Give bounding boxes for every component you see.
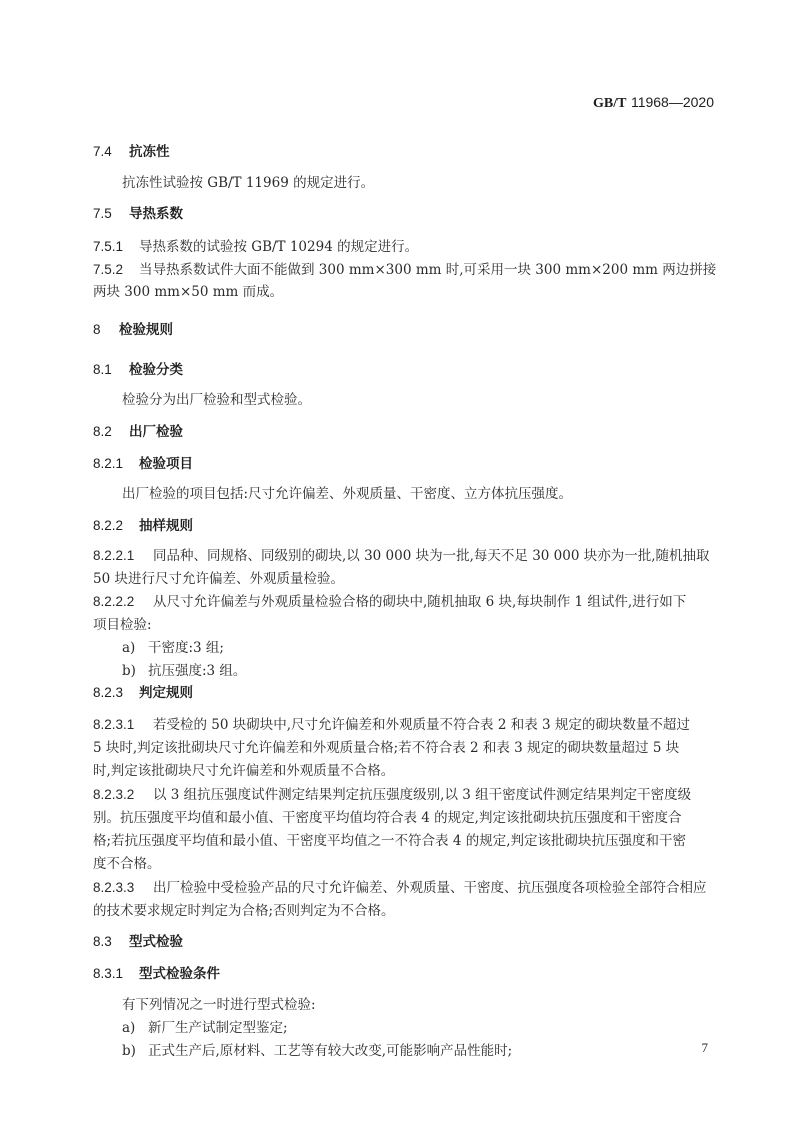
clause-8-2-3-1: 8.2.3.1若受检的 50 块砌块中,尺寸允许偏差和外观质量不符合表 2 和表… <box>93 716 690 734</box>
standard-prefix: GB/T <box>593 96 626 111</box>
page-number: 7 <box>702 1040 709 1056</box>
clause-continuation: 度不合格。 <box>93 855 161 873</box>
heading-8-2-2: 8.2.2抽样规则 <box>93 517 193 535</box>
clause-continuation: 别。抗压强度平均值和最小值、干密度平均值均符合表 4 的规定,判定该批砌块抗压强… <box>93 809 681 827</box>
list-item: a)干密度:3 组; <box>122 639 224 657</box>
heading-7-5: 7.5导热系数 <box>93 205 183 223</box>
list-item: a)新厂生产试制定型鉴定; <box>122 1019 288 1037</box>
clause-8-2-3-2: 8.2.3.2以 3 组抗压强度试件测定结果判定抗压强度级别,以 3 组干密度试… <box>93 786 691 804</box>
clause-8-2-3-3: 8.2.3.3出厂检验中受检验产品的尺寸允许偏差、外观质量、干密度、抗压强度各项… <box>93 879 707 897</box>
clause-continuation: 两块 300 mm×50 mm 而成。 <box>93 283 283 301</box>
paragraph: 抗冻性试验按 GB/T 11969 的规定进行。 <box>122 174 374 192</box>
clause-8-2-2-1: 8.2.2.1同品种、同规格、同级别的砌块,以 30 000 块为一批,每天不足… <box>93 547 710 565</box>
clause-continuation: 5 块时,判定该批砌块尺寸允许偏差和外观质量合格;若不符合表 2 和表 3 规定… <box>93 739 679 757</box>
page-header: GB/T 11968—2020 <box>593 94 714 112</box>
clause-continuation: 项目检验: <box>93 616 152 634</box>
paragraph: 检验分为出厂检验和型式检验。 <box>122 391 311 409</box>
clause-8-2-2-2: 8.2.2.2从尺寸允许偏差与外观质量检验合格的砌块中,随机抽取 6 块,每块制… <box>93 593 686 611</box>
clause-continuation: 50 块进行尺寸允许偏差、外观质量检验。 <box>93 570 344 588</box>
heading-7-4: 7.4抗冻性 <box>93 143 170 161</box>
clause-continuation: 格;若抗压强度平均值和最小值、干密度平均值之一不符合表 4 的规定,判定该批砌块… <box>93 832 686 850</box>
heading-8-2-3: 8.2.3判定规则 <box>93 684 193 702</box>
paragraph: 出厂检验的项目包括:尺寸允许偏差、外观质量、干密度、立方体抗压强度。 <box>122 485 572 503</box>
list-item: b)抗压强度:3 组。 <box>122 662 246 680</box>
clause-continuation: 时,判定该批砌块尺寸允许偏差和外观质量不合格。 <box>93 762 394 780</box>
standard-number: 11968—2020 <box>631 94 714 110</box>
heading-8-1: 8.1检验分类 <box>93 361 183 379</box>
paragraph: 有下列情况之一时进行型式检验: <box>122 996 316 1014</box>
clause-continuation: 的技术要求规定时判定为合格;否则判定为不合格。 <box>93 902 395 920</box>
heading-8-2: 8.2出厂检验 <box>93 423 183 441</box>
heading-8-3-1: 8.3.1型式检验条件 <box>93 965 220 983</box>
heading-8: 8检验规则 <box>93 321 173 339</box>
heading-8-2-1: 8.2.1检验项目 <box>93 455 193 473</box>
clause-7-5-2: 7.5.2当导热系数试件大面不能做到 300 mm×300 mm 时,可采用一块… <box>93 261 716 279</box>
heading-8-3: 8.3型式检验 <box>93 933 183 951</box>
list-item: b)正式生产后,原材料、工艺等有较大改变,可能影响产品性能时; <box>122 1042 512 1060</box>
clause-7-5-1: 7.5.1导热系数的试验按 GB/T 10294 的规定进行。 <box>93 238 418 256</box>
